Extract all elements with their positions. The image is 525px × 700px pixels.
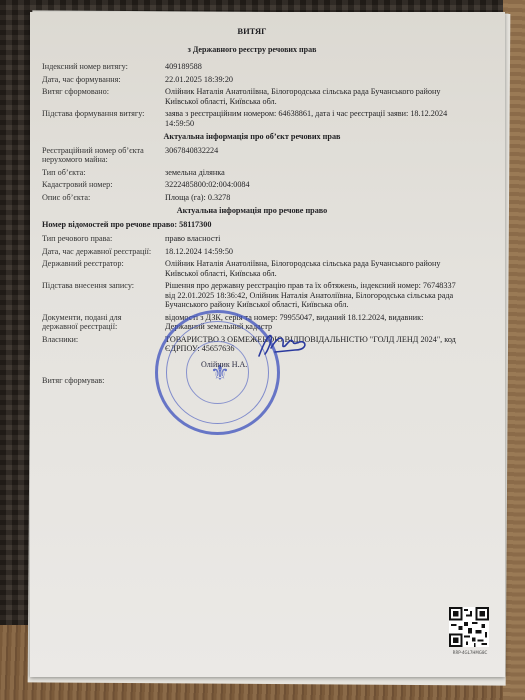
field-row: Кадастровий номер: 3222485800:02:004:008… bbox=[42, 180, 462, 190]
field-value: Площа (га): 0.3278 bbox=[165, 193, 462, 203]
field-value: заява з реєстраційним номером: 64638861,… bbox=[165, 109, 462, 128]
field-label: Витяг сформовано: bbox=[42, 87, 165, 106]
field-label: Підстава формування витягу: bbox=[42, 109, 165, 128]
field-value: 3222485800:02:004:0084 bbox=[165, 180, 462, 190]
qr-code-icon bbox=[449, 607, 489, 647]
field-row: Дата, час державної реєстрації: 18.12.20… bbox=[42, 247, 462, 257]
field-label: Тип речового права: bbox=[42, 234, 165, 244]
document-title: ВИТЯГ bbox=[42, 27, 462, 37]
field-row: Індексний номер витягу: 409189588 bbox=[42, 62, 462, 72]
field-value: право власності bbox=[165, 234, 462, 244]
field-value: Олійник Наталія Анатоліївна, Білогородсь… bbox=[165, 259, 462, 278]
field-label: Документи, подані для державної реєстрац… bbox=[42, 313, 165, 332]
right-record-number: Номер відомостей про речове право: 58117… bbox=[42, 220, 462, 230]
field-label: Витяг сформував: bbox=[42, 376, 165, 386]
field-row: Витяг сформовано: Олійник Наталія Анатол… bbox=[42, 87, 462, 106]
registrar-stamp: ⚜ bbox=[155, 310, 280, 435]
field-row: Дата, час формування: 22.01.2025 18:39:2… bbox=[42, 75, 462, 85]
field-label: Опис об’єкта: bbox=[42, 193, 165, 203]
field-label: Реєстраційний номер об’єкта нерухомого м… bbox=[42, 146, 165, 165]
field-value: земельна ділянка bbox=[165, 168, 462, 178]
field-value: 18.12.2024 14:59:50 bbox=[165, 247, 462, 257]
field-value: 409189588 bbox=[165, 62, 462, 72]
qr-caption: RRP-4GL7HMG8C bbox=[440, 650, 500, 655]
field-row: Тип об’єкта: земельна ділянка bbox=[42, 168, 462, 178]
field-value: 22.01.2025 18:39:20 bbox=[165, 75, 462, 85]
field-label: Кадастровий номер: bbox=[42, 180, 165, 190]
section-heading-object: Актуальна інформація про об’єкт речових … bbox=[42, 132, 462, 142]
section-heading-right: Актуальна інформація про речове право bbox=[42, 206, 462, 216]
field-row: Підстава внесення запису: Рішення про де… bbox=[42, 281, 462, 310]
field-label: Тип об’єкта: bbox=[42, 168, 165, 178]
field-value: Рішення про державну реєстрацію прав та … bbox=[165, 281, 462, 310]
field-value: Олійник Наталія Анатоліївна, Білогородсь… bbox=[165, 87, 462, 106]
field-label: Державний реєстратор: bbox=[42, 259, 165, 278]
field-label: Власники: bbox=[42, 335, 165, 354]
signer-name: Олійник Н.А. bbox=[201, 360, 247, 369]
signature-icon bbox=[255, 330, 310, 360]
field-label: Дата, час формування: bbox=[42, 75, 165, 85]
document-subtitle: з Державного реєстру речових прав bbox=[42, 45, 462, 55]
field-label: Індексний номер витягу: bbox=[42, 62, 165, 72]
field-row: Державний реєстратор: Олійник Наталія Ан… bbox=[42, 259, 462, 278]
field-row: Підстава формування витягу: заява з реєс… bbox=[42, 109, 462, 128]
field-row: Реєстраційний номер об’єкта нерухомого м… bbox=[42, 146, 462, 165]
field-value: 3067840832224 bbox=[165, 146, 462, 165]
field-label: Дата, час державної реєстрації: bbox=[42, 247, 165, 257]
field-row: Опис об’єкта: Площа (га): 0.3278 bbox=[42, 193, 462, 203]
field-label: Підстава внесення запису: bbox=[42, 281, 165, 310]
field-row: Тип речового права: право власності bbox=[42, 234, 462, 244]
